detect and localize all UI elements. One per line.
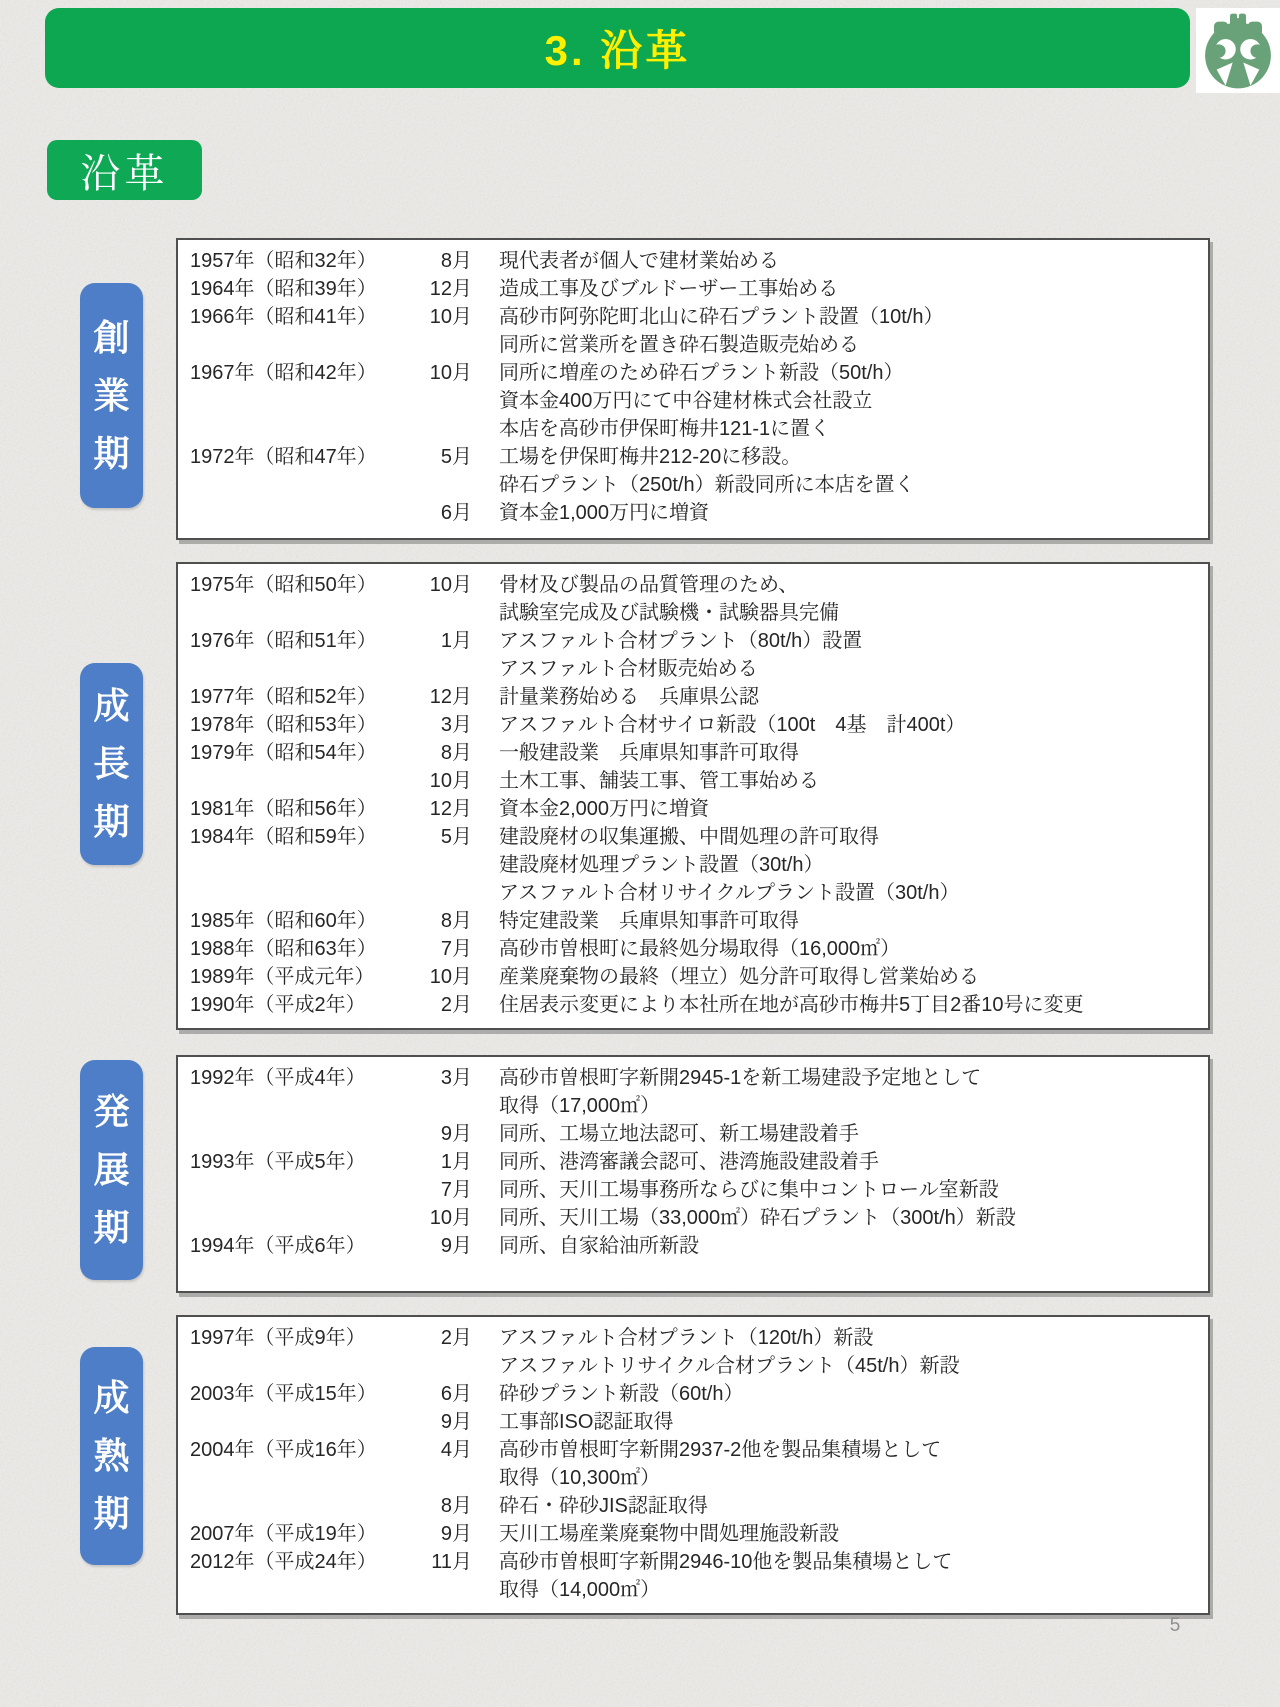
timeline-row: 1979年（昭和54年）8月一般建設業 兵庫県知事許可取得 [190,739,1198,767]
month-cell: 2月 [422,1324,472,1352]
year-era-cell: 1966年（昭和41年） [190,303,422,331]
timeline-row: 1978年（昭和53年）3月アスファルト合材サイロ新設（100t 4基 計400… [190,711,1198,739]
stage-label-founding: 創業期 [80,283,143,508]
month-cell: 12月 [422,275,472,303]
event-description: アスファルト合材サイロ新設（100t 4基 計400t） [499,711,1198,739]
timeline-row: 1972年（昭和47年）5月工場を伊保町梅井212-20に移設。 砕石プラント（… [190,443,1198,499]
year-era-cell: 2012年（平成24年） [190,1548,422,1576]
timeline-row: 1992年（平成4年）3月高砂市曽根町字新開2945-1を新工場建設予定地として… [190,1064,1198,1120]
year-era-cell: 2003年（平成15年） [190,1380,422,1408]
year-era-cell: 1977年（昭和52年） [190,683,422,711]
event-description: 高砂市曽根町に最終処分場取得（16,000㎡） [499,935,1198,963]
month-cell: 8月 [422,739,472,767]
month-cell: 9月 [422,1232,472,1260]
event-description: アスファルト合材プラント（120t/h）新設 アスファルトリサイクル合材プラント… [499,1324,1198,1380]
event-description: 同所、天川工場（33,000㎡）砕石プラント（300t/h）新設 [499,1204,1198,1232]
event-description: 同所、港湾審議会認可、港湾施設建設着手 [499,1148,1198,1176]
month-cell: 8月 [422,1492,472,1520]
timeline-row: 2007年（平成19年）9月天川工場産業廃棄物中間処理施設新設 [190,1520,1198,1548]
year-era-cell: 1964年（昭和39年） [190,275,422,303]
year-era-cell: 1967年（昭和42年） [190,359,422,387]
month-cell: 6月 [422,1380,472,1408]
event-description: 高砂市曽根町字新開2945-1を新工場建設予定地として 取得（17,000㎡） [499,1064,1198,1120]
event-description: 砕砂プラント新設（60t/h） [499,1380,1198,1408]
month-cell: 10月 [422,359,472,387]
month-cell: 10月 [422,1204,472,1232]
event-description: 一般建設業 兵庫県知事許可取得 [499,739,1198,767]
month-cell: 3月 [422,711,472,739]
year-era-cell: 1957年（昭和32年） [190,247,422,275]
timeline-row: 6月資本金1,000万円に増資 [190,499,1198,527]
event-description: 同所、工場立地法認可、新工場建設着手 [499,1120,1198,1148]
timeline-row: 7月同所、天川工場事務所ならびに集中コントロール室新設 [190,1176,1198,1204]
timeline-box-founding: 1957年（昭和32年）8月現代表者が個人で建材業始める1964年（昭和39年）… [176,238,1210,540]
stage-label-text: 発展期 [92,1083,132,1257]
year-era-cell: 1997年（平成9年） [190,1324,422,1352]
month-cell: 7月 [422,935,472,963]
event-description: 資本金1,000万円に増資 [499,499,1198,527]
month-cell: 12月 [422,795,472,823]
event-description: 工場を伊保町梅井212-20に移設。 砕石プラント（250t/h）新設同所に本店… [499,443,1198,499]
month-cell: 11月 [422,1548,472,1576]
year-era-cell: 1978年（昭和53年） [190,711,422,739]
month-cell: 4月 [422,1436,472,1464]
event-description: 工事部ISO認証取得 [499,1408,1198,1436]
event-description: 高砂市阿弥陀町北山に砕石プラント設置（10t/h） 同所に営業所を置き砕石製造販… [499,303,1198,359]
slide-title-bar: 3. 沿革 [45,8,1190,88]
timeline-row: 1984年（昭和59年）5月建設廃材の収集運搬、中間処理の許可取得 建設廃材処理… [190,823,1198,907]
event-description: 特定建設業 兵庫県知事許可取得 [499,907,1198,935]
year-era-cell: 1985年（昭和60年） [190,907,422,935]
slide-title: 3. 沿革 [545,18,691,78]
timeline-row: 1957年（昭和32年）8月現代表者が個人で建材業始める [190,247,1198,275]
event-description: 同所に増産のため砕石プラント新設（50t/h） 資本金400万円にて中谷建材株式… [499,359,1198,443]
month-cell: 8月 [422,247,472,275]
timeline-row: 1985年（昭和60年）8月特定建設業 兵庫県知事許可取得 [190,907,1198,935]
slide-company-history: { "header": { "title": "3. 沿革" }, "eyeca… [0,0,1280,1707]
year-era-cell: 2004年（平成16年） [190,1436,422,1464]
timeline-row: 8月砕石・砕砂JIS認証取得 [190,1492,1198,1520]
month-cell: 8月 [422,907,472,935]
stage-label-expansion: 発展期 [80,1060,143,1280]
month-cell: 6月 [422,499,472,527]
month-cell: 1月 [422,1148,472,1176]
month-cell: 10月 [422,767,472,795]
company-logo [1196,8,1280,93]
turtle-emblem-icon [1200,11,1276,91]
page-number: 5 [1150,1615,1200,1637]
stage-label-text: 成長期 [92,677,132,851]
timeline-row: 1989年（平成元年）10月産業廃棄物の最終（埋立）処分許可取得し営業始める [190,963,1198,991]
year-era-cell: 1992年（平成4年） [190,1064,422,1092]
month-cell: 2月 [422,991,472,1019]
timeline-row: 1981年（昭和56年）12月資本金2,000万円に増資 [190,795,1198,823]
month-cell: 9月 [422,1520,472,1548]
month-cell: 1月 [422,627,472,655]
timeline-row: 9月同所、工場立地法認可、新工場建設着手 [190,1120,1198,1148]
year-era-cell: 2007年（平成19年） [190,1520,422,1548]
event-description: 骨材及び製品の品質管理のため、 試験室完成及び試験機・試験器具完備 [499,571,1198,627]
month-cell: 3月 [422,1064,472,1092]
event-description: 計量業務始める 兵庫県公認 [499,683,1198,711]
year-era-cell: 1984年（昭和59年） [190,823,422,851]
timeline-row: 1988年（昭和63年）7月高砂市曽根町に最終処分場取得（16,000㎡） [190,935,1198,963]
timeline-row: 2003年（平成15年）6月砕砂プラント新設（60t/h） [190,1380,1198,1408]
event-description: アスファルト合材プラント（80t/h）設置 アスファルト合材販売始める [499,627,1198,683]
month-cell: 9月 [422,1120,472,1148]
timeline-row: 1976年（昭和51年）1月アスファルト合材プラント（80t/h）設置 アスファ… [190,627,1198,683]
section-heading-label: 沿革 [81,142,169,199]
year-era-cell: 1972年（昭和47年） [190,443,422,471]
timeline-row: 1997年（平成9年）2月アスファルト合材プラント（120t/h）新設 アスファ… [190,1324,1198,1380]
month-cell: 10月 [422,303,472,331]
event-description: 同所、天川工場事務所ならびに集中コントロール室新設 [499,1176,1198,1204]
timeline-row: 9月工事部ISO認証取得 [190,1408,1198,1436]
month-cell: 7月 [422,1176,472,1204]
month-cell: 5月 [422,443,472,471]
month-cell: 9月 [422,1408,472,1436]
timeline-row: 10月土木工事、舗装工事、管工事始める [190,767,1198,795]
month-cell: 12月 [422,683,472,711]
event-description: 建設廃材の収集運搬、中間処理の許可取得 建設廃材処理プラント設置（30t/h） … [499,823,1198,907]
year-era-cell: 1990年（平成2年） [190,991,422,1019]
event-description: 資本金2,000万円に増資 [499,795,1198,823]
stage-label-maturity: 成熟期 [80,1347,143,1565]
year-era-cell: 1994年（平成6年） [190,1232,422,1260]
stage-label-text: 成熟期 [92,1369,132,1543]
event-description: 高砂市曽根町字新開2937-2他を製品集積場として 取得（10,300㎡） [499,1436,1198,1492]
event-description: 同所、自家給油所新設 [499,1232,1198,1260]
event-description: 住居表示変更により本社所在地が高砂市梅井5丁目2番10号に変更 [499,991,1198,1019]
section-heading-badge: 沿革 [47,140,202,200]
timeline-row: 1964年（昭和39年）12月造成工事及びブルドーザー工事始める [190,275,1198,303]
event-description: 現代表者が個人で建材業始める [499,247,1198,275]
month-cell: 5月 [422,823,472,851]
event-description: 砕石・砕砂JIS認証取得 [499,1492,1198,1520]
timeline-row: 1975年（昭和50年）10月骨材及び製品の品質管理のため、 試験室完成及び試験… [190,571,1198,627]
timeline-row: 2012年（平成24年）11月高砂市曽根町字新開2946-10他を製品集積場とし… [190,1548,1198,1604]
year-era-cell: 1975年（昭和50年） [190,571,422,599]
year-era-cell: 1979年（昭和54年） [190,739,422,767]
month-cell: 10月 [422,963,472,991]
timeline-box-maturity: 1997年（平成9年）2月アスファルト合材プラント（120t/h）新設 アスファ… [176,1315,1210,1615]
year-era-cell: 1989年（平成元年） [190,963,422,991]
timeline-row: 1993年（平成5年）1月同所、港湾審議会認可、港湾施設建設着手 [190,1148,1198,1176]
timeline-row: 2004年（平成16年）4月高砂市曽根町字新開2937-2他を製品集積場として … [190,1436,1198,1492]
timeline-box-growth: 1975年（昭和50年）10月骨材及び製品の品質管理のため、 試験室完成及び試験… [176,562,1210,1030]
event-description: 産業廃棄物の最終（埋立）処分許可取得し営業始める [499,963,1198,991]
stage-label-text: 創業期 [92,309,132,483]
event-description: 高砂市曽根町字新開2946-10他を製品集積場として 取得（14,000㎡） [499,1548,1198,1604]
timeline-row: 1977年（昭和52年）12月計量業務始める 兵庫県公認 [190,683,1198,711]
event-description: 土木工事、舗装工事、管工事始める [499,767,1198,795]
event-description: 天川工場産業廃棄物中間処理施設新設 [499,1520,1198,1548]
year-era-cell: 1981年（昭和56年） [190,795,422,823]
month-cell: 10月 [422,571,472,599]
timeline-row: 1967年（昭和42年）10月同所に増産のため砕石プラント新設（50t/h） 資… [190,359,1198,443]
year-era-cell: 1993年（平成5年） [190,1148,422,1176]
year-era-cell: 1988年（昭和63年） [190,935,422,963]
timeline-row: 1966年（昭和41年）10月高砂市阿弥陀町北山に砕石プラント設置（10t/h）… [190,303,1198,359]
year-era-cell: 1976年（昭和51年） [190,627,422,655]
timeline-box-expansion: 1992年（平成4年）3月高砂市曽根町字新開2945-1を新工場建設予定地として… [176,1055,1210,1293]
event-description: 造成工事及びブルドーザー工事始める [499,275,1198,303]
timeline-row: 1990年（平成2年）2月住居表示変更により本社所在地が高砂市梅井5丁目2番10… [190,991,1198,1019]
timeline-row: 1994年（平成6年）9月同所、自家給油所新設 [190,1232,1198,1260]
stage-label-growth: 成長期 [80,663,143,865]
timeline-row: 10月同所、天川工場（33,000㎡）砕石プラント（300t/h）新設 [190,1204,1198,1232]
